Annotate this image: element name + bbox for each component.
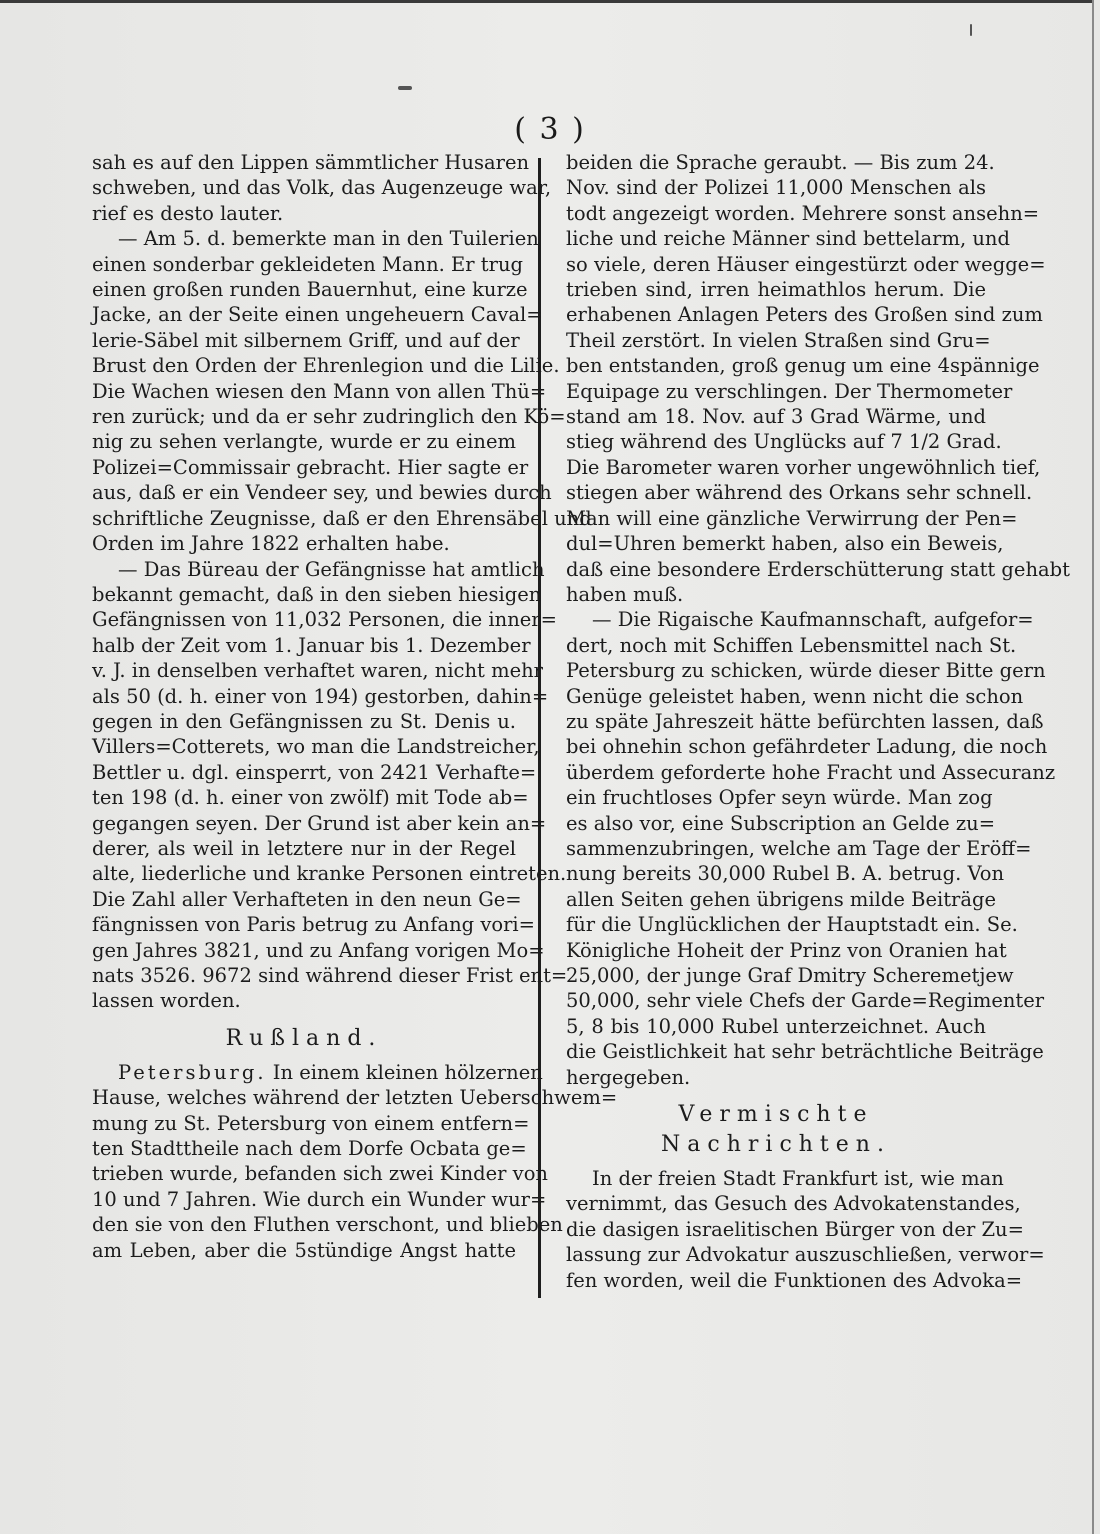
section-heading-vermischte-nachrichten: Vermischte Nachrichten. (566, 1100, 986, 1160)
right-column: beiden die Sprache geraubt. — Bis zum 24… (566, 150, 986, 1293)
text-line: Theil zerstört. In vielen Straßen sind G… (566, 328, 986, 353)
text-line: stieg während des Unglücks auf 7 1/2 Gra… (566, 429, 986, 454)
ink-speck (970, 24, 972, 36)
text-line: dert, noch mit Schiffen Lebensmittel nac… (566, 633, 986, 658)
text-line: 10 und 7 Jahren. Wie durch ein Wunder wu… (92, 1187, 516, 1212)
text-fragment: In einem kleinen hölzernen (273, 1061, 543, 1084)
text-line: ren zurück; und da er sehr zudringlich d… (92, 404, 516, 429)
text-line: ten Stadttheile nach dem Dorfe Ocbata ge… (92, 1136, 516, 1161)
text-line: v. J. in denselben verhaftet waren, nich… (92, 658, 516, 683)
text-line: dul=Uhren bemerkt haben, also ein Beweis… (566, 531, 986, 556)
text-line: gegangen seyen. Der Grund ist aber kein … (92, 811, 516, 836)
text-line: erhabenen Anlagen Peters des Großen sind… (566, 302, 986, 327)
text-line: lerie-Säbel mit silbernem Griff, und auf… (92, 328, 516, 353)
text-line: schweben, und das Volk, das Augenzeuge w… (92, 175, 516, 200)
text-line: Jacke, an der Seite einen ungeheuern Cav… (92, 302, 516, 327)
paragraph: In der freien Stadt Frankfurt ist, wie m… (566, 1166, 986, 1293)
text-line: nung bereits 30,000 Rubel B. A. betrug. … (566, 861, 986, 886)
text-line: Petersburg zu schicken, würde dieser Bit… (566, 658, 986, 683)
text-line: aus, daß er ein Vendeer sey, und bewies … (92, 480, 516, 505)
text-line: ben entstanden, groß genug um eine 4spän… (566, 353, 986, 378)
column-divider (538, 158, 541, 1298)
text-line: halb der Zeit vom 1. Januar bis 1. Dezem… (92, 633, 516, 658)
text-line: In der freien Stadt Frankfurt ist, wie m… (566, 1166, 986, 1191)
text-line: einen großen runden Bauernhut, eine kurz… (92, 277, 516, 302)
text-line: bekannt gemacht, daß in den sieben hiesi… (92, 582, 516, 607)
text-line: — Am 5. d. bemerkte man in den Tuilerien (92, 226, 516, 251)
section-heading-russland: Rußland. (92, 1024, 516, 1054)
text-line: die dasigen israelitischen Bürger von de… (566, 1217, 986, 1242)
text-line: Equipage zu verschlingen. Der Thermomete… (566, 379, 986, 404)
text-line: beiden die Sprache geraubt. — Bis zum 24… (566, 150, 986, 175)
text-line: trieben wurde, befanden sich zwei Kinder… (92, 1161, 516, 1186)
text-line: Königliche Hoheit der Prinz von Oranien … (566, 938, 986, 963)
text-line: schriftliche Zeugnisse, daß er den Ehren… (92, 506, 516, 531)
paragraph: — Das Büreau der Gefängnisse hat amtlich… (92, 557, 516, 1014)
text-line: fen worden, weil die Funktionen des Advo… (566, 1268, 986, 1293)
text-line: Bettler u. dgl. einsperrt, von 2421 Verh… (92, 760, 516, 785)
text-line: liche und reiche Männer sind bettelarm, … (566, 226, 986, 251)
text-line: am Leben, aber die 5stündige Angst hatte (92, 1238, 516, 1263)
scanned-page: ( 3 ) sah es auf den Lippen sämmtlicher … (0, 0, 1100, 1534)
text-line: Die Wachen wiesen den Mann von allen Thü… (92, 379, 516, 404)
text-line: ten 198 (d. h. einer von zwölf) mit Tode… (92, 785, 516, 810)
text-line: sah es auf den Lippen sämmtlicher Husare… (92, 150, 516, 175)
text-line: rief es desto lauter. (92, 201, 516, 226)
text-line: Hause, welches während der letzten Ueber… (92, 1085, 516, 1110)
scan-border-top (0, 0, 1093, 3)
text-line: mung zu St. Petersburg von einem entfern… (92, 1111, 516, 1136)
text-line: alte, liederliche und kranke Personen ei… (92, 861, 516, 886)
text-line: die Geistlichkeit hat sehr beträchtliche… (566, 1039, 986, 1064)
paragraph: — Am 5. d. bemerkte man in den Tuilerien… (92, 226, 516, 556)
text-line: fängnissen von Paris betrug zu Anfang vo… (92, 912, 516, 937)
paragraph: sah es auf den Lippen sämmtlicher Husare… (92, 150, 516, 226)
text-line: Man will eine gänzliche Verwirrung der P… (566, 506, 986, 531)
text-line: stiegen aber während des Orkans sehr sch… (566, 480, 986, 505)
text-line: es also vor, eine Subscription an Gelde … (566, 811, 986, 836)
text-line: nats 3526. 9672 sind während dieser Fris… (92, 963, 516, 988)
text-line: bei ohnehin schon gefährdeter Ladung, di… (566, 734, 986, 759)
text-line: ein fruchtloses Opfer seyn würde. Man zo… (566, 785, 986, 810)
text-line: Nov. sind der Polizei 11,000 Menschen al… (566, 175, 986, 200)
dateline: Petersburg. (118, 1061, 267, 1084)
text-line: lassung zur Advokatur auszuschließen, ve… (566, 1242, 986, 1267)
text-line: Die Barometer waren vorher ungewöhnlich … (566, 455, 986, 480)
text-line: gen Jahres 3821, und zu Anfang vorigen M… (92, 938, 516, 963)
text-line: Villers=Cotterets, wo man die Landstreic… (92, 734, 516, 759)
text-line: hergegeben. (566, 1065, 986, 1090)
text-line: sammenzubringen, welche am Tage der Eröf… (566, 836, 986, 861)
text-line: vernimmt, das Gesuch des Advokatenstande… (566, 1191, 986, 1216)
scan-border-right (1092, 0, 1094, 1534)
text-line: todt angezeigt worden. Mehrere sonst ans… (566, 201, 986, 226)
text-line: derer, als weil in letztere nur in der R… (92, 836, 516, 861)
text-line: einen sonderbar gekleideten Mann. Er tru… (92, 252, 516, 277)
ink-speck (398, 86, 412, 90)
text-line: überdem geforderte hohe Fracht und Assec… (566, 760, 986, 785)
text-line: haben muß. (566, 582, 986, 607)
text-line: Polizei=Commissair gebracht. Hier sagte … (92, 455, 516, 480)
page-number: ( 3 ) (480, 112, 620, 147)
text-line: Genüge geleistet haben, wenn nicht die s… (566, 684, 986, 709)
text-line: Die Zahl aller Verhafteten in den neun G… (92, 887, 516, 912)
text-line: — Die Rigaische Kaufmannschaft, aufgefor… (566, 607, 986, 632)
text-line: 25,000, der junge Graf Dmitry Scheremetj… (566, 963, 986, 988)
text-line: Orden im Jahre 1822 erhalten habe. (92, 531, 516, 556)
text-line: allen Seiten gehen übrigens milde Beiträ… (566, 887, 986, 912)
text-line: daß eine besondere Erderschütterung stat… (566, 557, 986, 582)
text-line: trieben sind, irren heimathlos herum. Di… (566, 277, 986, 302)
text-line: 50,000, sehr viele Chefs der Garde=Regim… (566, 988, 986, 1013)
text-line: — Das Büreau der Gefängnisse hat amtlich (92, 557, 516, 582)
text-line: stand am 18. Nov. auf 3 Grad Wärme, und (566, 404, 986, 429)
text-line: gegen in den Gefängnissen zu St. Denis u… (92, 709, 516, 734)
text-line: 5, 8 bis 10,000 Rubel unterzeichnet. Auc… (566, 1014, 986, 1039)
paragraph: beiden die Sprache geraubt. — Bis zum 24… (566, 150, 986, 607)
paragraph: Petersburg. In einem kleinen hölzernen H… (92, 1060, 516, 1263)
paragraph: — Die Rigaische Kaufmannschaft, aufgefor… (566, 607, 986, 1090)
left-column: sah es auf den Lippen sämmtlicher Husare… (92, 150, 516, 1263)
text-line: nig zu sehen verlangte, wurde er zu eine… (92, 429, 516, 454)
text-line: als 50 (d. h. einer von 194) gestorben, … (92, 684, 516, 709)
text-line: Brust den Orden der Ehrenlegion und die … (92, 353, 516, 378)
text-line: so viele, deren Häuser eingestürzt oder … (566, 252, 986, 277)
text-line: den sie von den Fluthen verschont, und b… (92, 1212, 516, 1237)
text-line: Gefängnissen von 11,032 Personen, die in… (92, 607, 516, 632)
text-line: für die Unglücklichen der Hauptstadt ein… (566, 912, 986, 937)
text-line: lassen worden. (92, 988, 516, 1013)
text-line: zu späte Jahreszeit hätte befürchten las… (566, 709, 986, 734)
text-line: Petersburg. In einem kleinen hölzernen (92, 1060, 516, 1085)
